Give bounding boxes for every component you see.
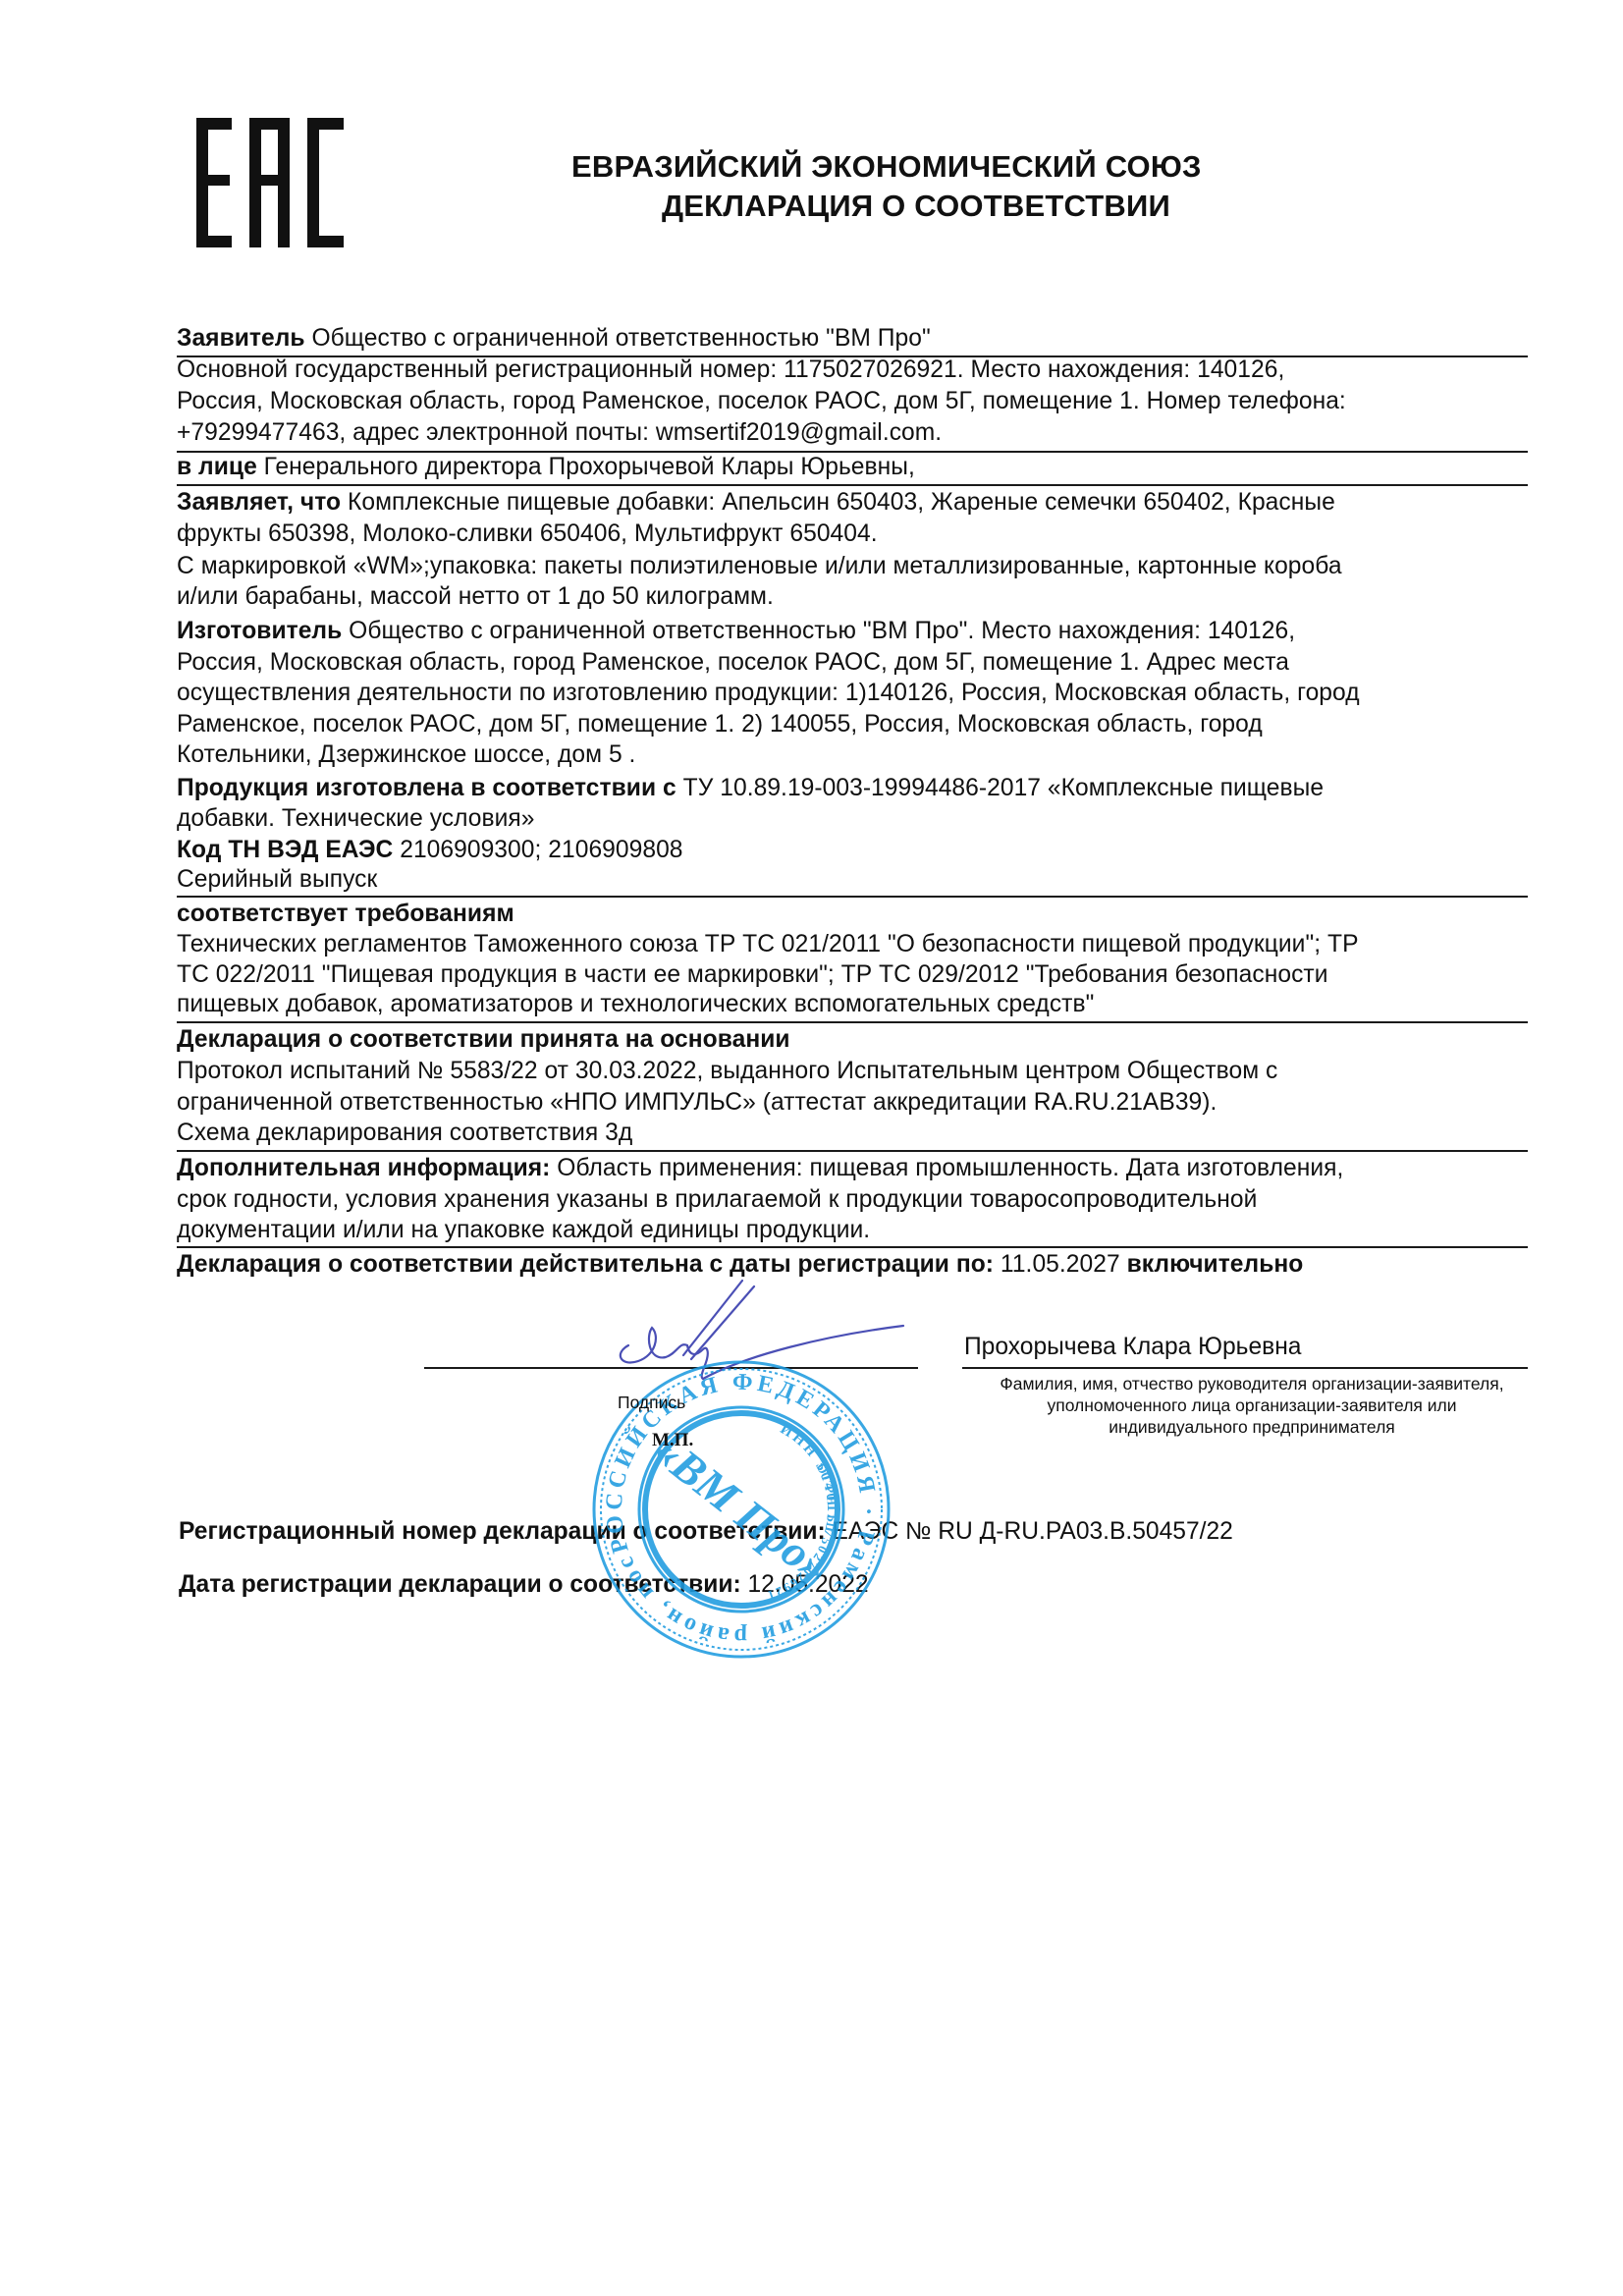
additional-text: Область применения: пищевая промышленнос… xyxy=(550,1155,1343,1181)
applicant-address-line: Россия, Московская область, город Раменс… xyxy=(177,387,1346,416)
manufacturer-label: Изготовитель xyxy=(177,618,342,644)
requirements-line: пищевых добавок, ароматизаторов и технол… xyxy=(177,990,1094,1019)
production-label: Продукция изготовлена в соответствии с xyxy=(177,775,676,801)
divider xyxy=(177,484,1528,486)
signature-caption: Подпись xyxy=(618,1393,685,1413)
manufacturer-site-line: Котельники, Дзержинское шоссе, дом 5 . xyxy=(177,740,635,770)
representative-name: Генерального директора Прохорычевой Клар… xyxy=(257,454,915,480)
representative-line: в лице Генерального директора Прохорычев… xyxy=(177,453,915,482)
additional-line: документации и/или на упаковке каждой ед… xyxy=(177,1216,870,1245)
requirements-line: Технических регламентов Таможенного союз… xyxy=(177,930,1359,959)
additional-line: Дополнительная информация: Область приме… xyxy=(177,1154,1343,1183)
signer-caption-line: уполномоченного лица организации-заявите… xyxy=(943,1394,1561,1416)
validity-label: Декларация о соответствии действительна … xyxy=(177,1251,994,1278)
applicant-ogrn-line: Основной государственный регистрационный… xyxy=(177,355,1284,385)
manufacturer-site-line: осуществления деятельности по изготовлен… xyxy=(177,679,1360,708)
production-standard-line: Продукция изготовлена в соответствии с Т… xyxy=(177,774,1324,803)
hs-code-value: 2106909300; 2106909808 xyxy=(393,837,682,863)
release-type: Серийный выпуск xyxy=(177,865,377,895)
representative-label: в лице xyxy=(177,454,257,480)
manufacturer-site-line: Раменское, поселок РАОС, дом 5Г, помещен… xyxy=(177,710,1263,739)
applicant-label: Заявитель xyxy=(177,325,305,352)
manufacturer-line: Изготовитель Общество с ограниченной отв… xyxy=(177,617,1295,646)
basis-protocol-line: Протокол испытаний № 5583/22 от 30.03.20… xyxy=(177,1057,1277,1086)
declaration-title: ДЕКЛАРАЦИЯ О СООТВЕТСТВИИ xyxy=(0,189,1623,224)
requirements-label: соответствует требованиям xyxy=(177,900,514,929)
signer-caption: Фамилия, имя, отчество руководителя орга… xyxy=(943,1373,1561,1438)
manufacturer-address-line: Россия, Московская область, город Раменс… xyxy=(177,648,1289,678)
requirements-line: ТС 022/2011 "Пищевая продукция в части е… xyxy=(177,960,1328,990)
validity-date: 11.05.2027 xyxy=(994,1251,1120,1278)
union-title: ЕВРАЗИЙСКИЙ ЭКОНОМИЧЕСКИЙ СОЮЗ xyxy=(0,149,1623,185)
validity-line: Декларация о соответствии действительна … xyxy=(177,1250,1303,1280)
hs-code-label: Код ТН ВЭД ЕАЭС xyxy=(177,837,393,863)
production-standard-line2: добавки. Технические условия» xyxy=(177,804,535,834)
applicant-name: Общество с ограниченной ответственностью… xyxy=(305,325,931,352)
declares-label: Заявляет, что xyxy=(177,489,341,516)
divider xyxy=(177,1021,1528,1023)
applicant-line: Заявитель Общество с ограниченной ответс… xyxy=(177,324,931,354)
declares-packaging-line: С маркировкой «WM»;упаковка: пакеты поли… xyxy=(177,552,1342,581)
additional-line: срок годности, условия хранения указаны … xyxy=(177,1185,1257,1215)
applicant-contacts-line: +79299477463, адрес электронной почты: w… xyxy=(177,418,942,448)
divider xyxy=(177,1150,1528,1152)
signer-name: Прохорычева Клара Юрьевна xyxy=(964,1334,1301,1361)
hs-code-line: Код ТН ВЭД ЕАЭС 2106909300; 2106909808 xyxy=(177,836,683,865)
production-standard: ТУ 10.89.19-003-19994486-2017 «Комплексн… xyxy=(676,775,1324,801)
declares-products-line: фрукты 650398, Молоко-сливки 650406, Мул… xyxy=(177,519,878,549)
divider xyxy=(177,896,1528,898)
basis-label: Декларация о соответствии принята на осн… xyxy=(177,1025,790,1055)
declares-line: Заявляет, что Комплексные пищевые добавк… xyxy=(177,488,1335,518)
declares-products: Комплексные пищевые добавки: Апельсин 65… xyxy=(341,489,1335,516)
declares-weight-line: и/или барабаны, массой нетто от 1 до 50 … xyxy=(177,582,774,612)
signer-caption-line: индивидуального предпринимателя xyxy=(943,1416,1561,1438)
signer-caption-line: Фамилия, имя, отчество руководителя орга… xyxy=(943,1373,1561,1394)
signer-name-line xyxy=(962,1367,1528,1369)
validity-suffix: включительно xyxy=(1120,1251,1304,1278)
additional-label: Дополнительная информация: xyxy=(177,1155,550,1181)
divider xyxy=(177,1246,1528,1248)
manufacturer-name: Общество с ограниченной ответственностью… xyxy=(342,618,1295,644)
basis-lab-line: ограниченной ответственностью «НПО ИМПУЛ… xyxy=(177,1088,1217,1118)
seal-caption: М.П. xyxy=(652,1430,693,1451)
basis-scheme-line: Схема декларирования соответствия 3д xyxy=(177,1119,632,1148)
